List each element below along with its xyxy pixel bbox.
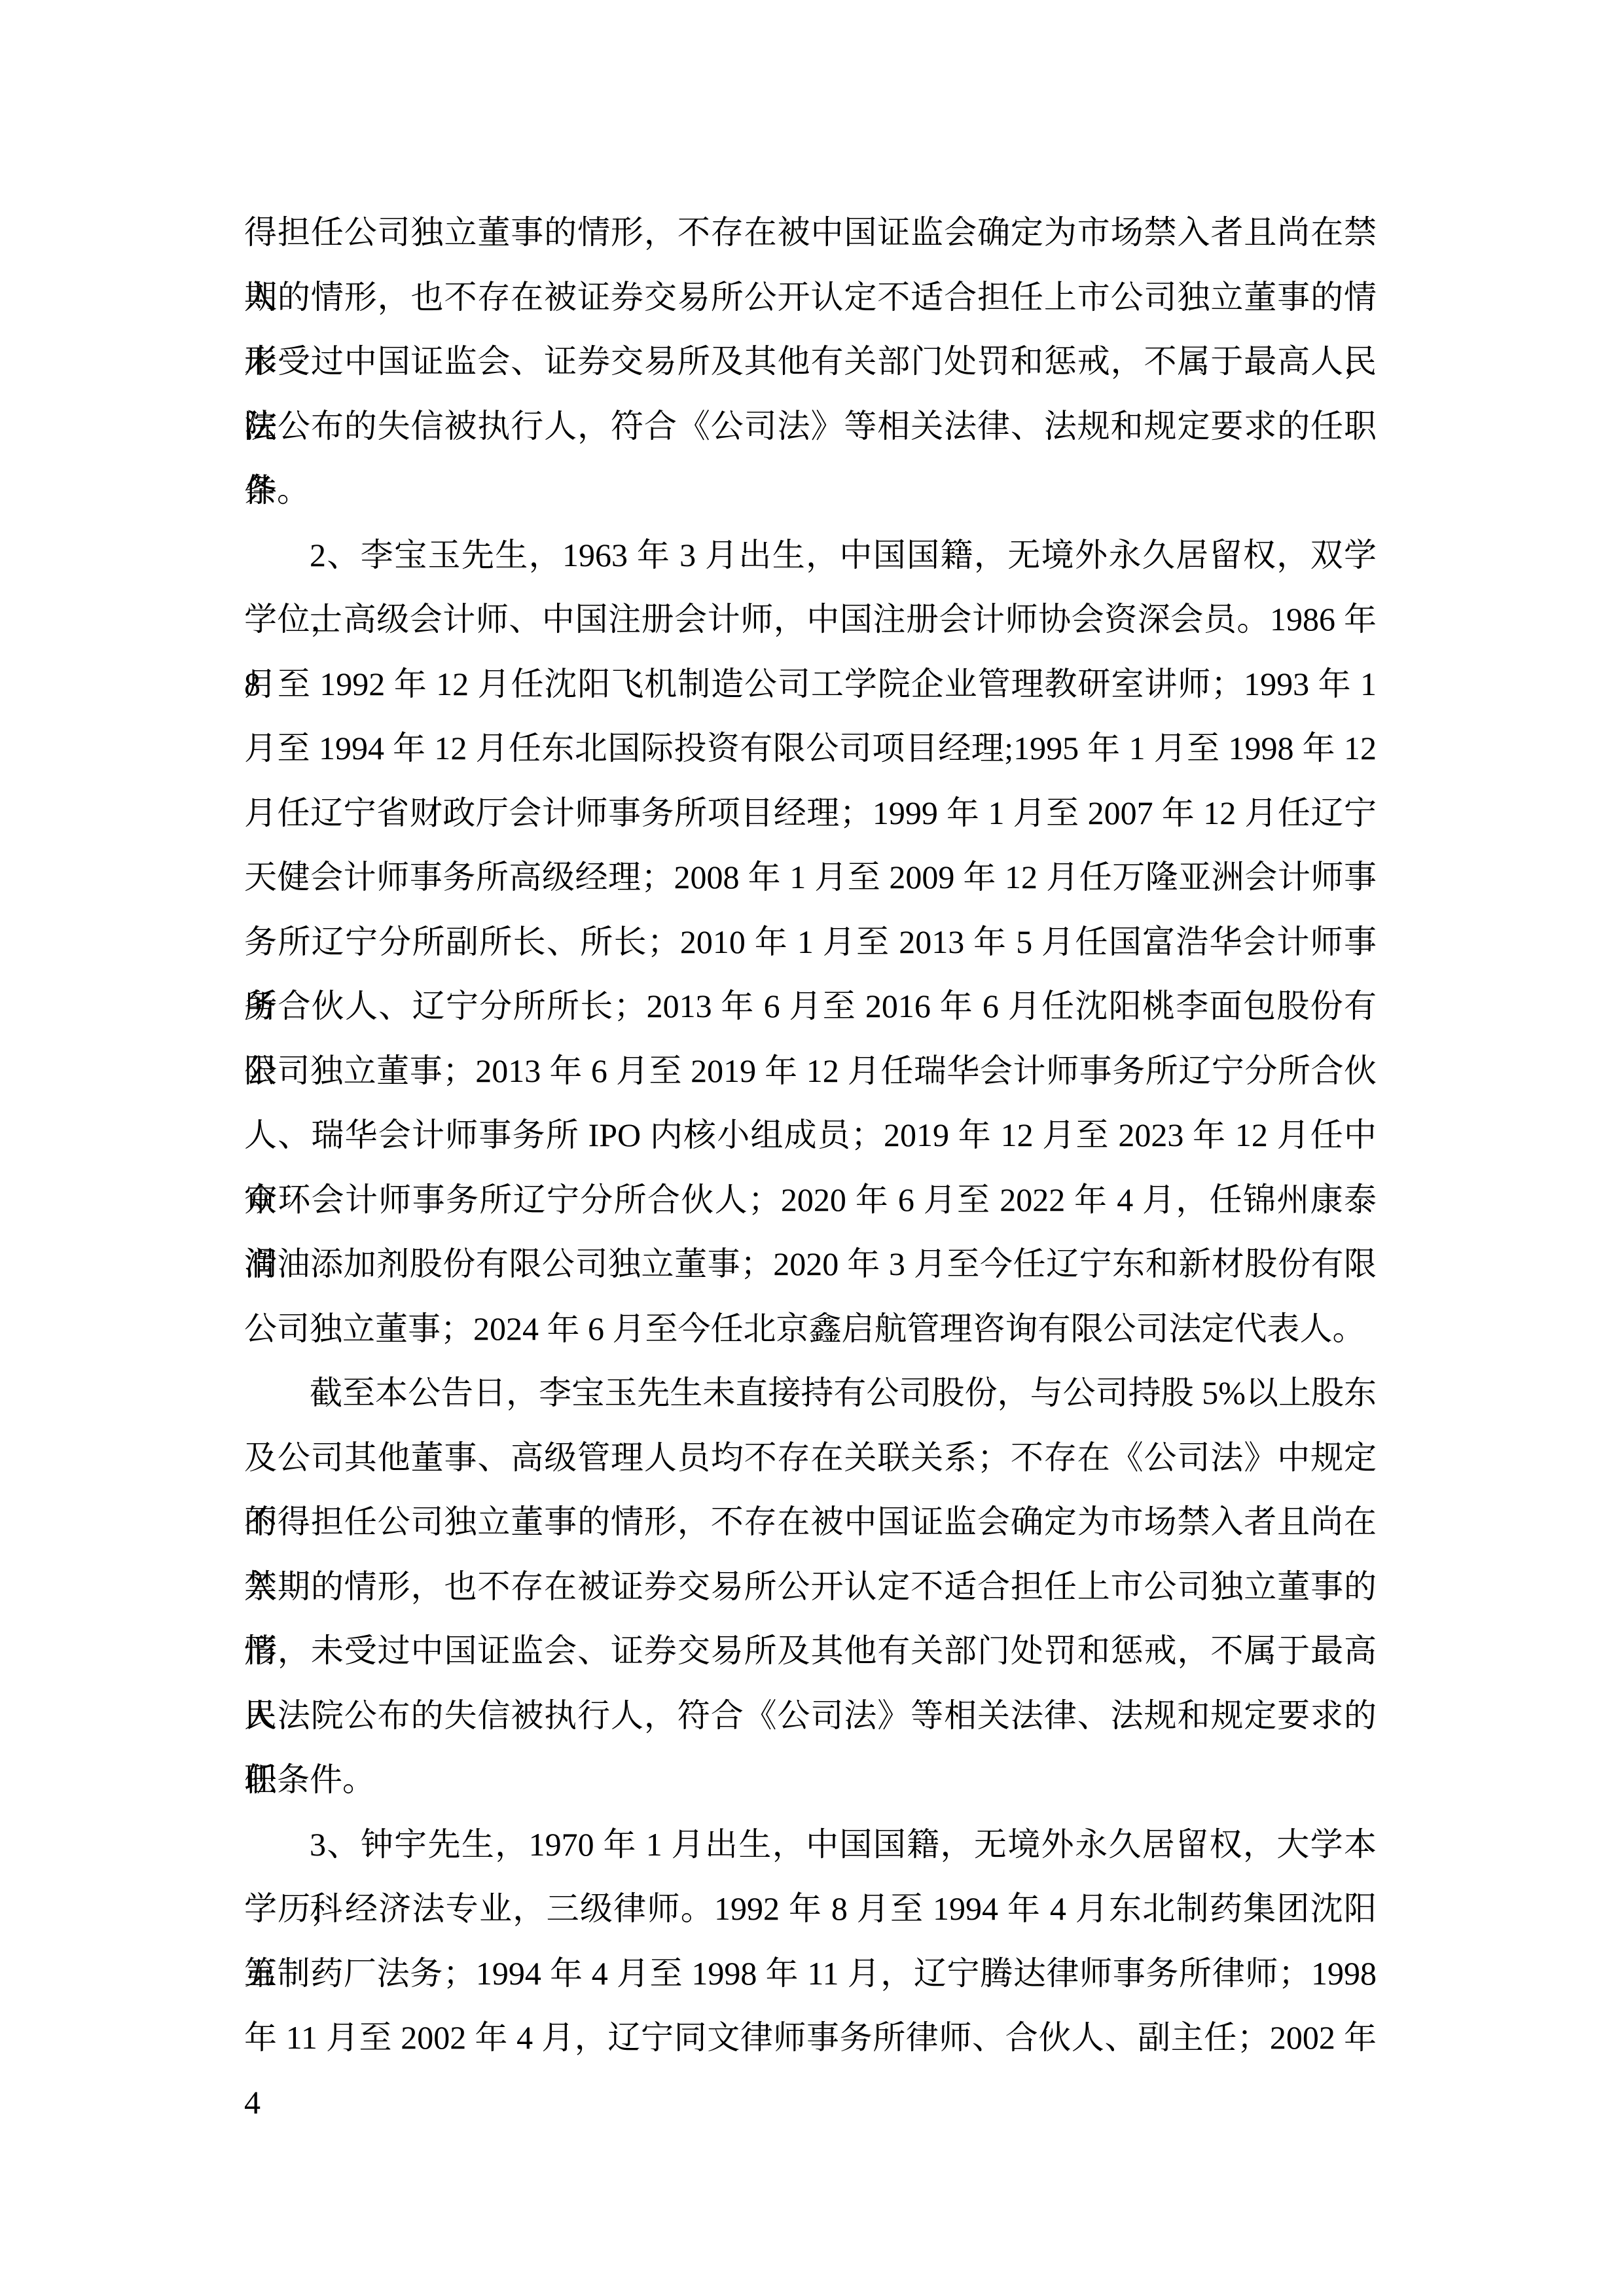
- text-line: 年 11 月至 2002 年 4 月，辽宁同文律师事务所律师、合伙人、副主任；2…: [244, 2005, 1377, 2070]
- text-line: 月任辽宁省财政厅会计师事务所项目经理；1999 年 1 月至 2007 年 12…: [244, 781, 1377, 846]
- paragraph: 截至本公告日，李宝玉先生未直接持有公司股份，与公司持股 5%以上股东及公司其他董…: [244, 1361, 1377, 1812]
- text-line: 公司独立董事；2024 年 6 月至今任北京鑫启航管理咨询有限公司法定代表人。: [244, 1297, 1377, 1361]
- text-line: 截至本公告日，李宝玉先生未直接持有公司股份，与公司持股 5%以上股东: [244, 1361, 1377, 1426]
- text-line: 及公司其他董事、高级管理人员均不存在关联关系；不存在《公司法》中规定的: [244, 1426, 1377, 1490]
- text-line: 月至 1994 年 12 月任东北国际投资有限公司项目经理;1995 年 1 月…: [244, 716, 1377, 781]
- text-line: 不得担任公司独立董事的情形，不存在被中国证监会确定为市场禁入者且尚在禁: [244, 1490, 1377, 1554]
- paragraph: 2、李宝玉先生，1963 年 3 月出生，中国国籍，无境外永久居留权，双学士学位…: [244, 523, 1377, 1361]
- text-line: 公司独立董事；2013 年 6 月至 2019 年 12 月任瑞华会计师事务所辽…: [244, 1039, 1377, 1103]
- text-line: 月至 1992 年 12 月任沈阳飞机制造公司工学院企业管理教研室讲师；1993…: [244, 652, 1377, 717]
- text-line: 2、李宝玉先生，1963 年 3 月出生，中国国籍，无境外永久居留权，双学士: [244, 523, 1377, 588]
- text-line: 人、瑞华会计师事务所 IPO 内核小组成员；2019 年 12 月至 2023 …: [244, 1103, 1377, 1168]
- paragraph: 得担任公司独立董事的情形，不存在被中国证监会确定为市场禁入者且尚在禁入期的情形，…: [244, 200, 1377, 523]
- text-line: 学位，高级会计师、中国注册会计师，中国注册会计师协会资深会员。1986 年 8: [244, 587, 1377, 652]
- document-body: 得担任公司独立董事的情形，不存在被中国证监会确定为市场禁入者且尚在禁入期的情形，…: [244, 200, 1377, 2070]
- text-line: 院公布的失信被执行人，符合《公司法》等相关法律、法规和规定要求的任职条: [244, 394, 1377, 459]
- text-line: 务所辽宁分所副所长、所长；2010 年 1 月至 2013 年 5 月任国富浩华…: [244, 910, 1377, 975]
- text-line: 入期的情形，也不存在被证券交易所公开认定不适合担任上市公司独立董事的情: [244, 1554, 1377, 1619]
- text-line: 件。: [244, 458, 1377, 523]
- text-line: 五制药厂法务；1994 年 4 月至 1998 年 11 月，辽宁腾达律师事务所…: [244, 1941, 1377, 2006]
- text-line: 民法院公布的失信被执行人，符合《公司法》等相关法律、法规和规定要求的任: [244, 1683, 1377, 1748]
- text-line: 形，未受过中国证监会、证券交易所及其他有关部门处罚和惩戒，不属于最高人: [244, 1619, 1377, 1683]
- text-line: 所合伙人、辽宁分所所长；2013 年 6 月至 2016 年 6 月任沈阳桃李面…: [244, 974, 1377, 1039]
- text-line: 期的情形，也不存在被证券交易所公开认定不适合担任上市公司独立董事的情形，: [244, 265, 1377, 330]
- document-page: 得担任公司独立董事的情形，不存在被中国证监会确定为市场禁入者且尚在禁入期的情形，…: [0, 0, 1624, 2296]
- text-line: 众环会计师事务所辽宁分所合伙人；2020 年 6 月至 2022 年 4 月，任…: [244, 1168, 1377, 1232]
- text-line: 未受过中国证监会、证券交易所及其他有关部门处罚和惩戒，不属于最高人民法: [244, 329, 1377, 394]
- text-line: 职条件。: [244, 1748, 1377, 1812]
- text-line: 滑油添加剂股份有限公司独立董事；2020 年 3 月至今任辽宁东和新材股份有限: [244, 1232, 1377, 1297]
- text-line: 学历，经济法专业，三级律师。1992 年 8 月至 1994 年 4 月东北制药…: [244, 1876, 1377, 1941]
- text-line: 得担任公司独立董事的情形，不存在被中国证监会确定为市场禁入者且尚在禁入: [244, 200, 1377, 265]
- text-line: 天健会计师事务所高级经理；2008 年 1 月至 2009 年 12 月任万隆亚…: [244, 845, 1377, 910]
- text-line: 3、钟宇先生，1970 年 1 月出生，中国国籍，无境外永久居留权，大学本科: [244, 1812, 1377, 1877]
- paragraph: 3、钟宇先生，1970 年 1 月出生，中国国籍，无境外永久居留权，大学本科学历…: [244, 1812, 1377, 2070]
